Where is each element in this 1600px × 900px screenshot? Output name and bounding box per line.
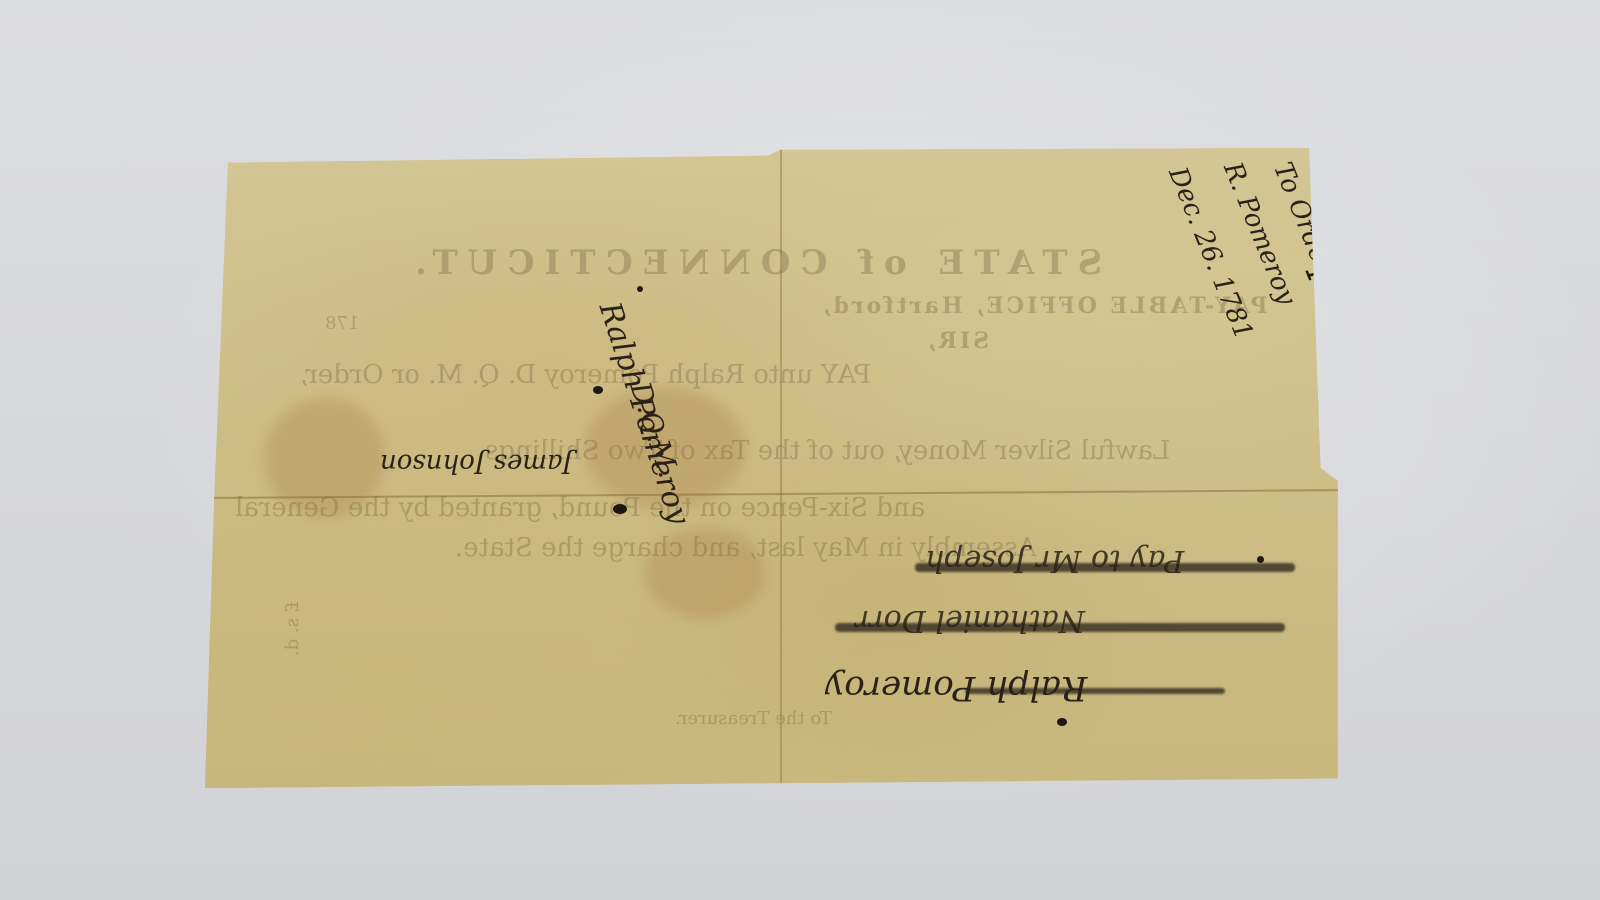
struck-line-1: Pay to Mr Joseph: [925, 543, 1184, 578]
bleed-office: PAY-TABLE OFFICE, Hartford,: [820, 293, 1267, 319]
ink-blot: [1257, 556, 1264, 563]
bleed-money-line: Lawful Silver Money, out of the Tax of T…: [485, 436, 1170, 466]
ink-blot: [613, 504, 627, 514]
strike-mark-3: [965, 688, 1225, 694]
bleed-margin: £ s. d.: [282, 601, 303, 656]
struck-line-2: Nathaniel Dorr: [855, 603, 1085, 638]
ink-blot: [1057, 718, 1067, 726]
ink-blot: [637, 286, 643, 292]
bleed-title: STATE of CONNECTICUT.: [405, 243, 1102, 283]
bleed-tax-line: and Six-Pence on the Pound, granted by t…: [235, 493, 925, 523]
antique-note: STATE of CONNECTICUT. PAY-TABLE OFFICE, …: [205, 148, 1355, 788]
signature-upside-down: James Johnson: [380, 448, 573, 478]
bleed-sir: SIR,: [925, 328, 989, 354]
bleed-pay-line: PAY unto Ralph Pomeroy D. Q. M. or Order…: [300, 360, 871, 390]
bleed-year: 178: [325, 313, 359, 334]
bleed-treasurer: To the Treasurer.: [675, 708, 832, 729]
ink-blot: [593, 386, 603, 394]
strike-mark-2: [835, 623, 1285, 632]
strike-mark-1: [915, 563, 1295, 572]
